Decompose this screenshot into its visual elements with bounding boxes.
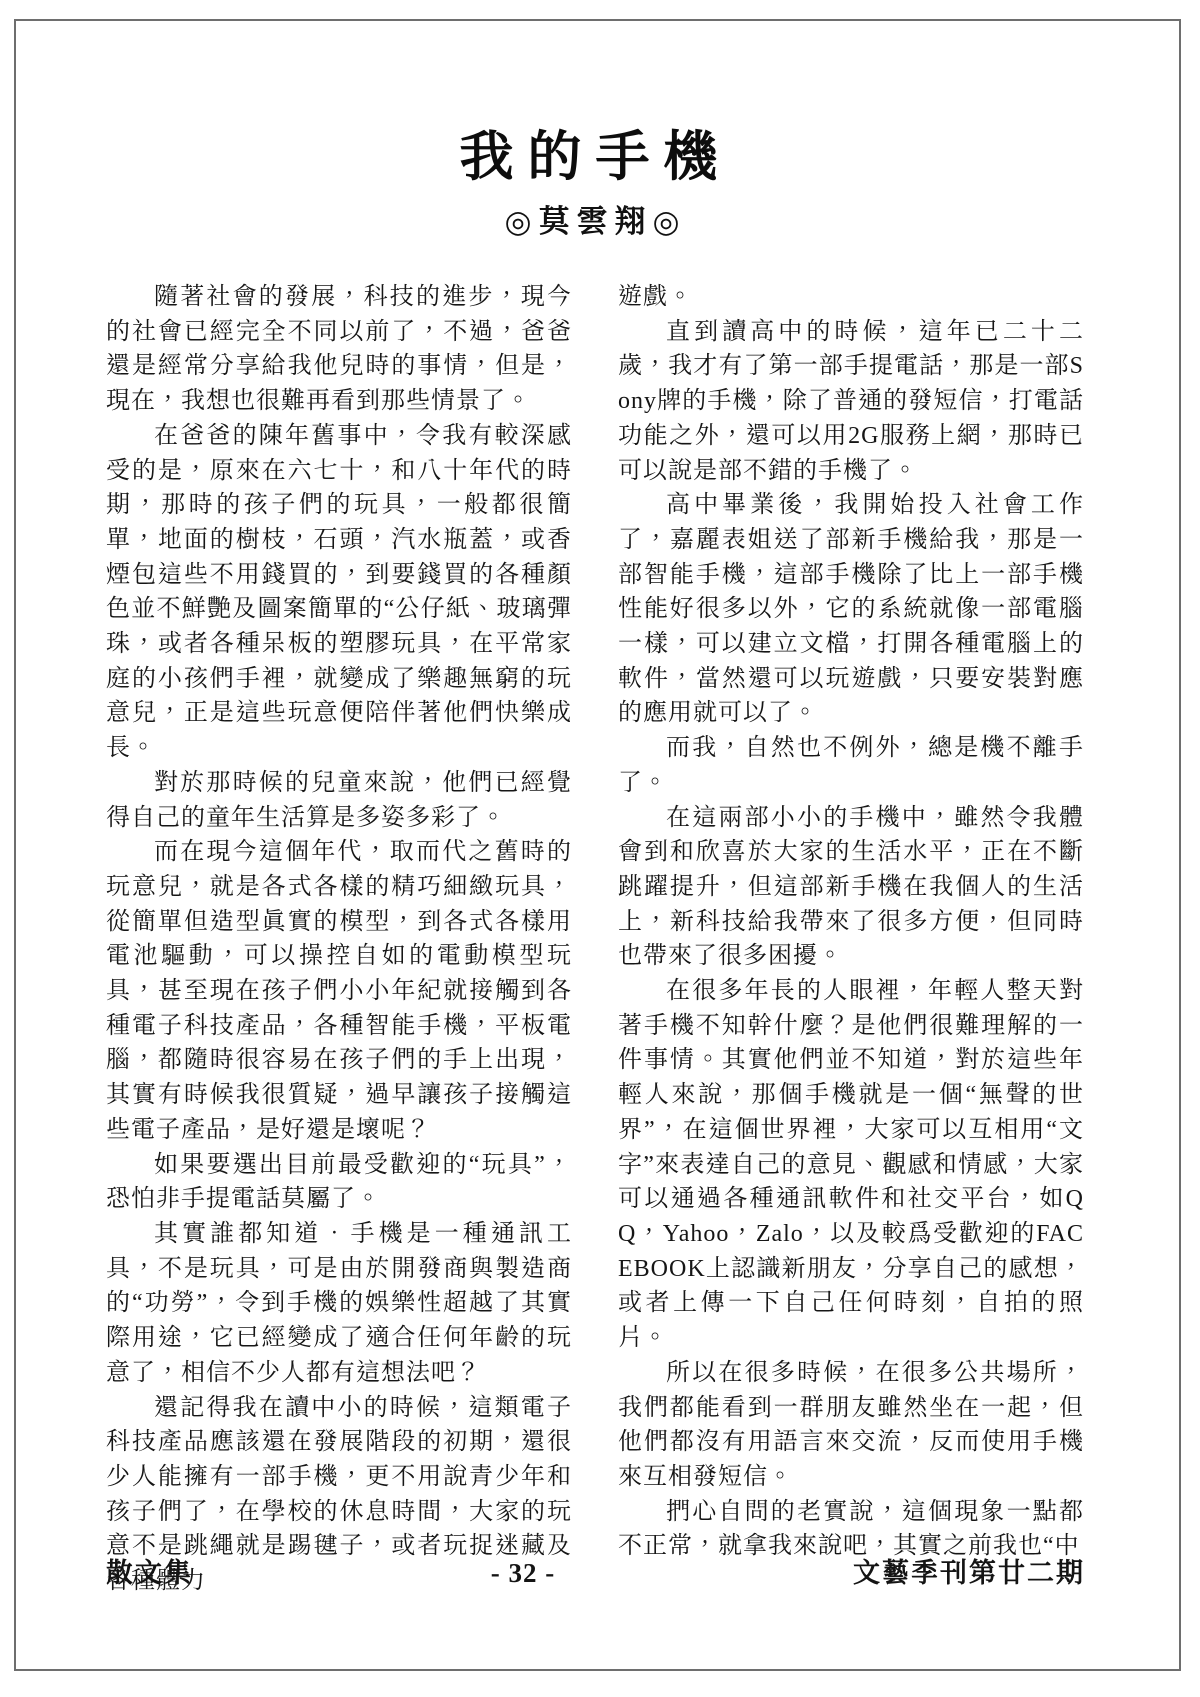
paragraph: 在爸爸的陳年舊事中，令我有較深感受的是，原來在六七十，和八十年代的時期，那時的孩… bbox=[106, 419, 572, 766]
left-column: 隨著社會的發展，科技的進步，現今的社會已經完全不同以前了，不過，爸爸還是經常分享… bbox=[106, 280, 572, 1599]
paragraph: 在很多年長的人眼裡，年輕人整天對著手機不知幹什麼？是他們很難理解的一件事情。其實… bbox=[618, 974, 1084, 1356]
paragraph: 而在現今這個年代，取而代之舊時的玩意兒，就是各式各樣的精巧細緻玩具，從簡單但造型… bbox=[106, 835, 572, 1147]
right-column: 遊戲。 直到讀高中的時候，這年已二十二歲，我才有了第一部手提電話，那是一部Son… bbox=[618, 280, 1084, 1599]
paragraph-continuation: 遊戲。 bbox=[618, 280, 1084, 315]
paragraph: 在這兩部小小的手機中，雖然令我體會到和欣喜於大家的生活水平，正在不斷跳躍提升，但… bbox=[618, 801, 1084, 975]
paragraph: 對於那時候的兒童來說，他們已經覺得自己的童年生活算是多姿多彩了。 bbox=[106, 766, 572, 835]
article-title: 我的手機 bbox=[106, 114, 1085, 191]
article-author: ◎莫雲翔◎ bbox=[106, 196, 1085, 241]
paragraph: 其實誰都知道．手機是一種通訊工具，不是玩具，可是由於開發商與製造商的“功勞”，令… bbox=[106, 1217, 572, 1391]
article-body: 隨著社會的發展，科技的進步，現今的社會已經完全不同以前了，不過，爸爸還是經常分享… bbox=[106, 280, 1085, 1599]
footer-issue-label: 文藝季刊第廿二期 bbox=[853, 1551, 1085, 1590]
document-page: 我的手機 ◎莫雲翔◎ 隨著社會的發展，科技的進步，現今的社會已經完全不同以前了，… bbox=[0, 0, 1200, 1697]
paragraph: 隨著社會的發展，科技的進步，現今的社會已經完全不同以前了，不過，爸爸還是經常分享… bbox=[106, 280, 572, 419]
paragraph: 所以在很多時候，在很多公共場所，我們都能看到一群朋友雖然坐在一起，但他們都沒有用… bbox=[618, 1356, 1084, 1495]
page-number: - 32 - bbox=[491, 1558, 555, 1589]
paragraph: 高中畢業後，我開始投入社會工作了，嘉麗表姐送了部新手機給我，那是一部智能手機，這… bbox=[618, 488, 1084, 731]
footer-section-label: 散文集 bbox=[106, 1551, 193, 1590]
paragraph: 如果要選出目前最受歡迎的“玩具”，恐怕非手提電話莫屬了。 bbox=[106, 1148, 572, 1217]
page-footer: 散文集 - 32 - 文藝季刊第廿二期 bbox=[106, 1551, 1085, 1590]
paragraph: 直到讀高中的時候，這年已二十二歲，我才有了第一部手提電話，那是一部Sony牌的手… bbox=[618, 315, 1084, 489]
paragraph: 而我，自然也不例外，總是機不離手了。 bbox=[618, 731, 1084, 800]
